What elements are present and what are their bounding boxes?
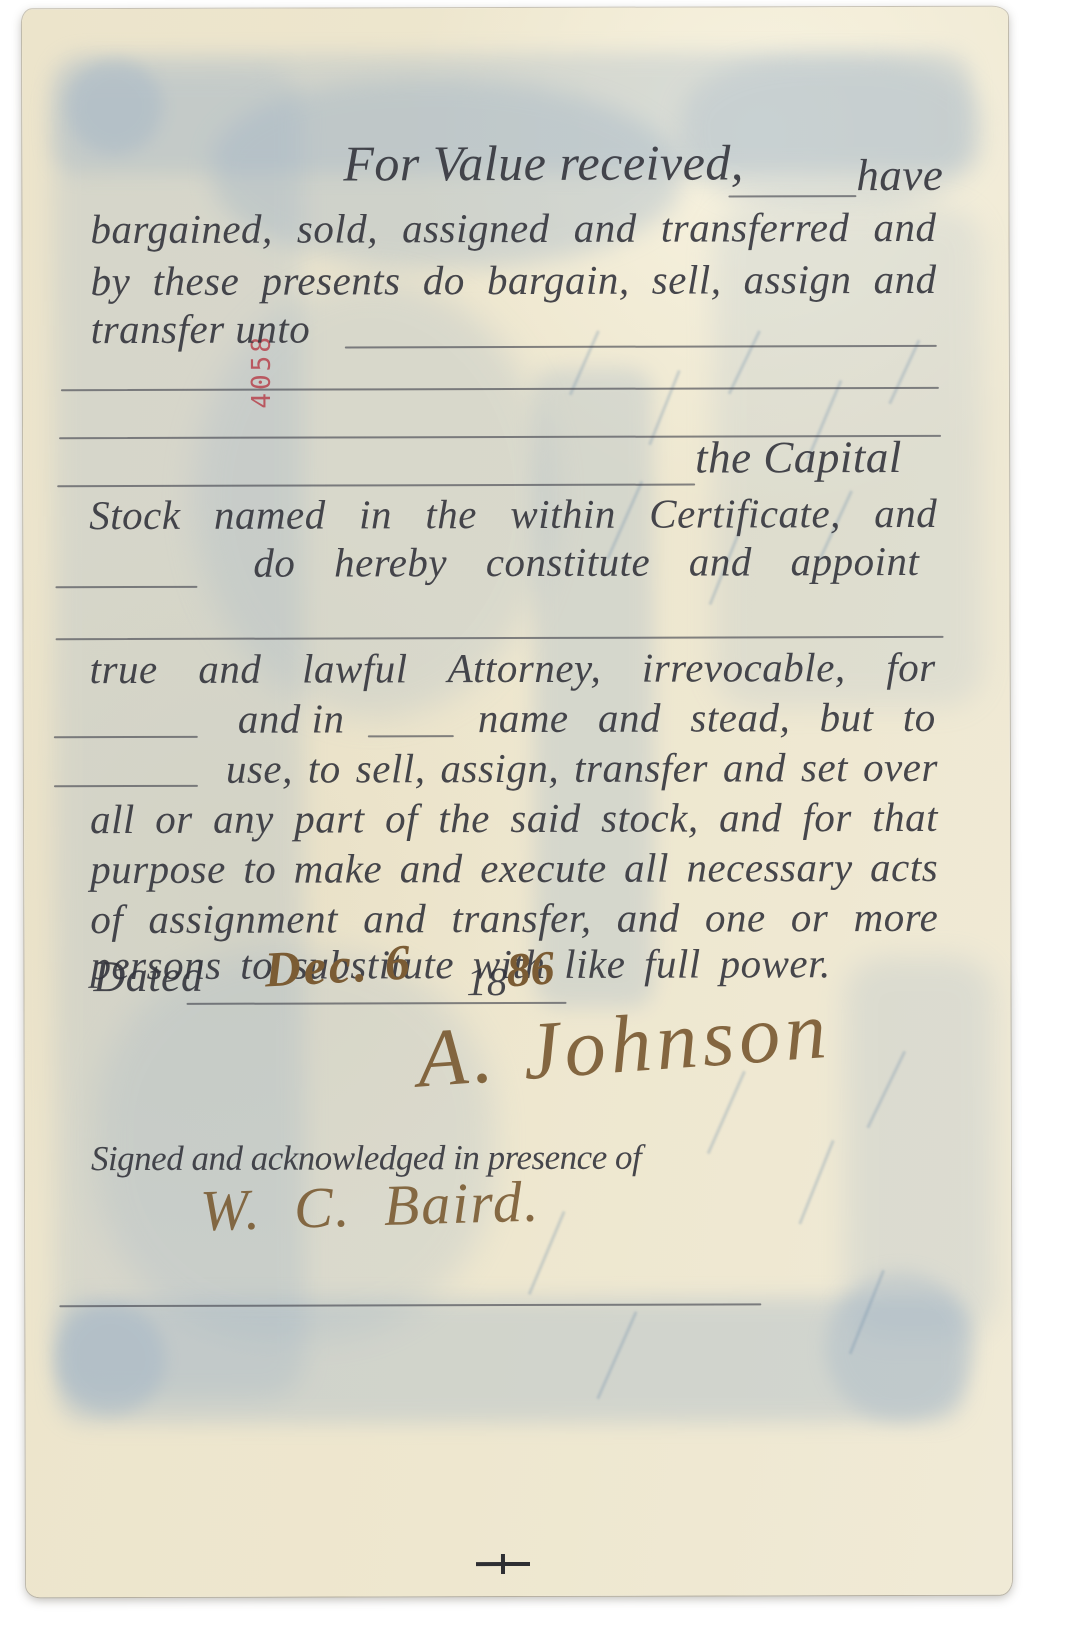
ruled-line-dated [187,1002,567,1005]
ruled-line-capital [57,484,695,488]
form-line-11: all or any part of the said stock, and f… [90,793,938,843]
form-line-transfer-unto: transfer unto [91,305,311,354]
handwritten-year: 86 [505,940,557,998]
ruled-line-hereby-blank [55,586,197,588]
ghost-right-mid-blob [844,957,995,1337]
year-prefix: 18 [466,958,507,1005]
form-line-3: by these presents do bargain, sell, assi… [91,255,937,305]
ghost-corner-rosette-bottom-left [55,1304,165,1414]
ruled-line-full-3 [56,636,944,640]
ruled-line-use-blank [54,785,198,787]
form-line-2: bargained, sold, assigned and transferre… [90,203,936,253]
ruled-line-full-1 [61,387,939,391]
ruled-line-unto-blank [345,345,937,349]
form-line-hereby: do hereby constitute and appoint [253,537,919,587]
ruled-line-and-in-mid-blank [368,735,454,737]
certificate-paper: 4058 For Value received, have bargained,… [22,7,1012,1598]
form-line-12: purpose to make and execute all necessar… [90,843,938,893]
ruled-line-and-in-left-blank [54,736,198,738]
form-line-value-received: For Value received, [343,133,744,192]
witness-signature: W. C. Baird. [199,1168,541,1245]
form-line-attorney: true and lawful Attorney, irrevocable, f… [90,643,936,693]
scanned-certificate-back: 4058 For Value received, have bargained,… [0,0,1080,1638]
ghost-bottom-band [55,1297,965,1424]
form-line-the-capital: the Capital [695,431,902,484]
form-line-13: of assignment and transfer, and one or m… [90,893,938,943]
form-line-name-stead: name and stead, but to [478,693,936,742]
dated-label: Dated [93,951,203,1002]
form-line-stock: Stock named in the within Certificate, a… [89,489,937,539]
registration-mark [476,1554,530,1576]
form-line-and-in: and in [238,694,345,742]
form-word-have: have [856,149,943,201]
ghost-corner-rosette-top-left [67,59,162,154]
handwritten-date: Dec. 6 [263,932,414,998]
form-line-use: use, to sell, assign, transfer and set o… [226,743,938,793]
ruled-line-witness [59,1303,761,1307]
ruled-line-received-blank [728,195,856,197]
ghost-corner-rosette-bottom-right [825,1272,975,1422]
